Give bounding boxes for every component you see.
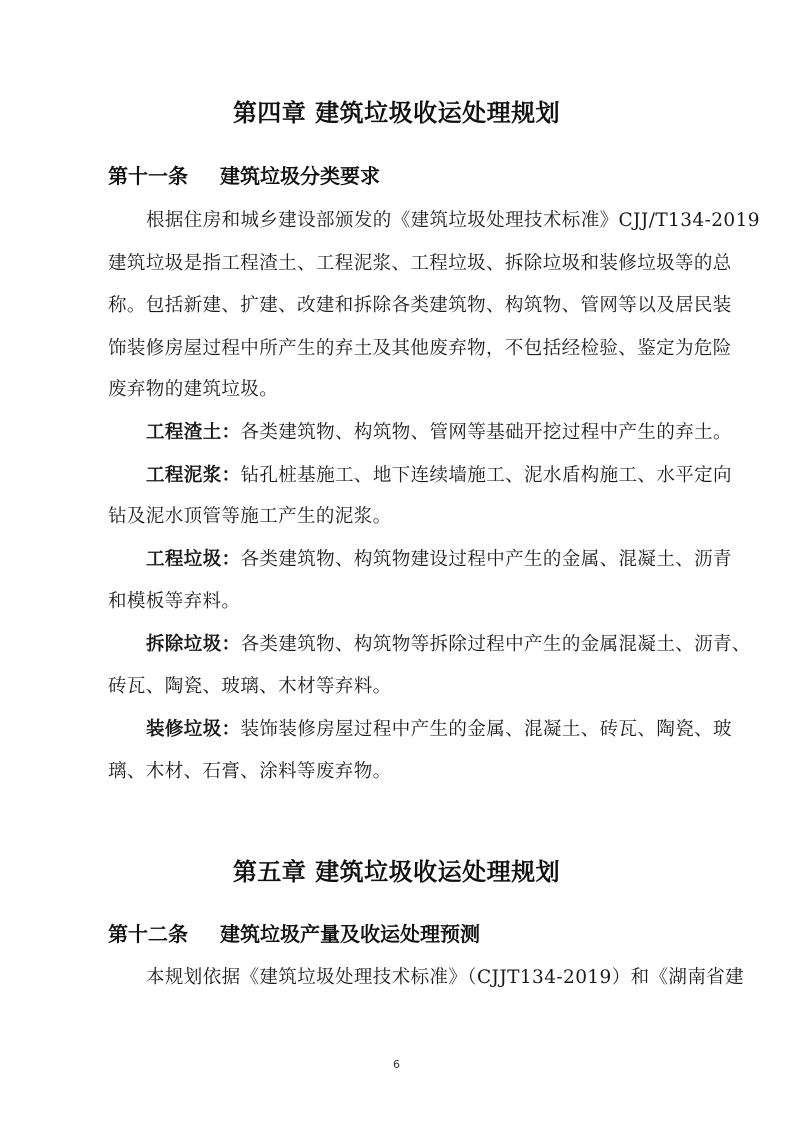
document-page: 第四章 建筑垃圾收运处理规划 第十一条建筑垃圾分类要求 根据住房和城乡建设部颁发… (0, 0, 793, 1122)
article-number: 第十二条 (108, 918, 220, 947)
definition-term: 工程垃圾： (146, 549, 241, 570)
definition-term: 工程泥浆： (146, 465, 241, 486)
definition-text-continued: 和模板等弃料。 (108, 590, 712, 614)
paragraph-line: 饰装修房屋过程中所产生的弃土及其他废弃物，不包括经检验、鉴定为危险 (108, 337, 712, 361)
definition-text-continued: 钻及泥水顶管等施工产生的泥浆。 (108, 505, 712, 529)
chapter-5-title: 第五章 建筑垃圾收运处理规划 (0, 852, 793, 887)
paragraph-line: 建筑垃圾是指工程渣土、工程泥浆、工程垃圾、拆除垃圾和装修垃圾等的总 (108, 252, 712, 276)
chapter-4-title: 第四章 建筑垃圾收运处理规划 (0, 93, 793, 128)
definition-term: 工程渣土： (146, 422, 241, 443)
definition-text: 装饰装修房屋过程中产生的金属、混凝土、砖瓦、陶瓷、玻 (241, 719, 732, 740)
article-11-heading: 第十一条建筑垃圾分类要求 (108, 160, 380, 189)
definition-engineering-slurry: 工程泥浆：钻孔桩基施工、地下连续墙施工、泥水盾构施工、水平定向 (146, 464, 712, 488)
definition-term: 拆除垃圾： (146, 634, 241, 655)
article-heading-text: 建筑垃圾产量及收运处理预测 (220, 922, 480, 946)
article-number: 第十一条 (108, 160, 220, 189)
paragraph-line: 根据住房和城乡建设部颁发的《建筑垃圾处理技术标准》CJJ/T134-2019 (146, 209, 712, 233)
definition-text: 各类建筑物、构筑物、管网等基础开挖过程中产生的弃土。 (241, 422, 732, 443)
definition-decoration-waste: 装修垃圾：装饰装修房屋过程中产生的金属、混凝土、砖瓦、陶瓷、玻 (146, 718, 712, 742)
article-heading-text: 建筑垃圾分类要求 (220, 164, 380, 188)
definition-text-continued: 璃、木材、石膏、涂料等废弃物。 (108, 760, 712, 784)
paragraph-line: 废弃物的建筑垃圾。 (108, 378, 712, 402)
paragraph-line: 本规划依据《建筑垃圾处理技术标准》（CJJT134-2019）和《湖南省建 (146, 966, 712, 990)
page-number: 6 (0, 1058, 793, 1071)
definition-demolition-waste: 拆除垃圾：各类建筑物、构筑物等拆除过程中产生的金属混凝土、沥青、 (146, 633, 712, 657)
definition-engineering-waste: 工程垃圾：各类建筑物、构筑物建设过程中产生的金属、混凝土、沥青 (146, 548, 712, 572)
article-12-heading: 第十二条建筑垃圾产量及收运处理预测 (108, 918, 480, 947)
definition-text: 各类建筑物、构筑物等拆除过程中产生的金属混凝土、沥青、 (241, 634, 751, 655)
definition-text-continued: 砖瓦、陶瓷、玻璃、木材等弃料。 (108, 675, 712, 699)
definition-text: 各类建筑物、构筑物建设过程中产生的金属、混凝土、沥青 (241, 549, 732, 570)
definition-engineering-muck: 工程渣土：各类建筑物、构筑物、管网等基础开挖过程中产生的弃土。 (146, 421, 712, 445)
definition-text: 钻孔桩基施工、地下连续墙施工、泥水盾构施工、水平定向 (241, 465, 732, 486)
definition-term: 装修垃圾： (146, 719, 241, 740)
paragraph-line: 称。包括新建、扩建、改建和拆除各类建筑物、构筑物、管网等以及居民装 (108, 294, 712, 318)
